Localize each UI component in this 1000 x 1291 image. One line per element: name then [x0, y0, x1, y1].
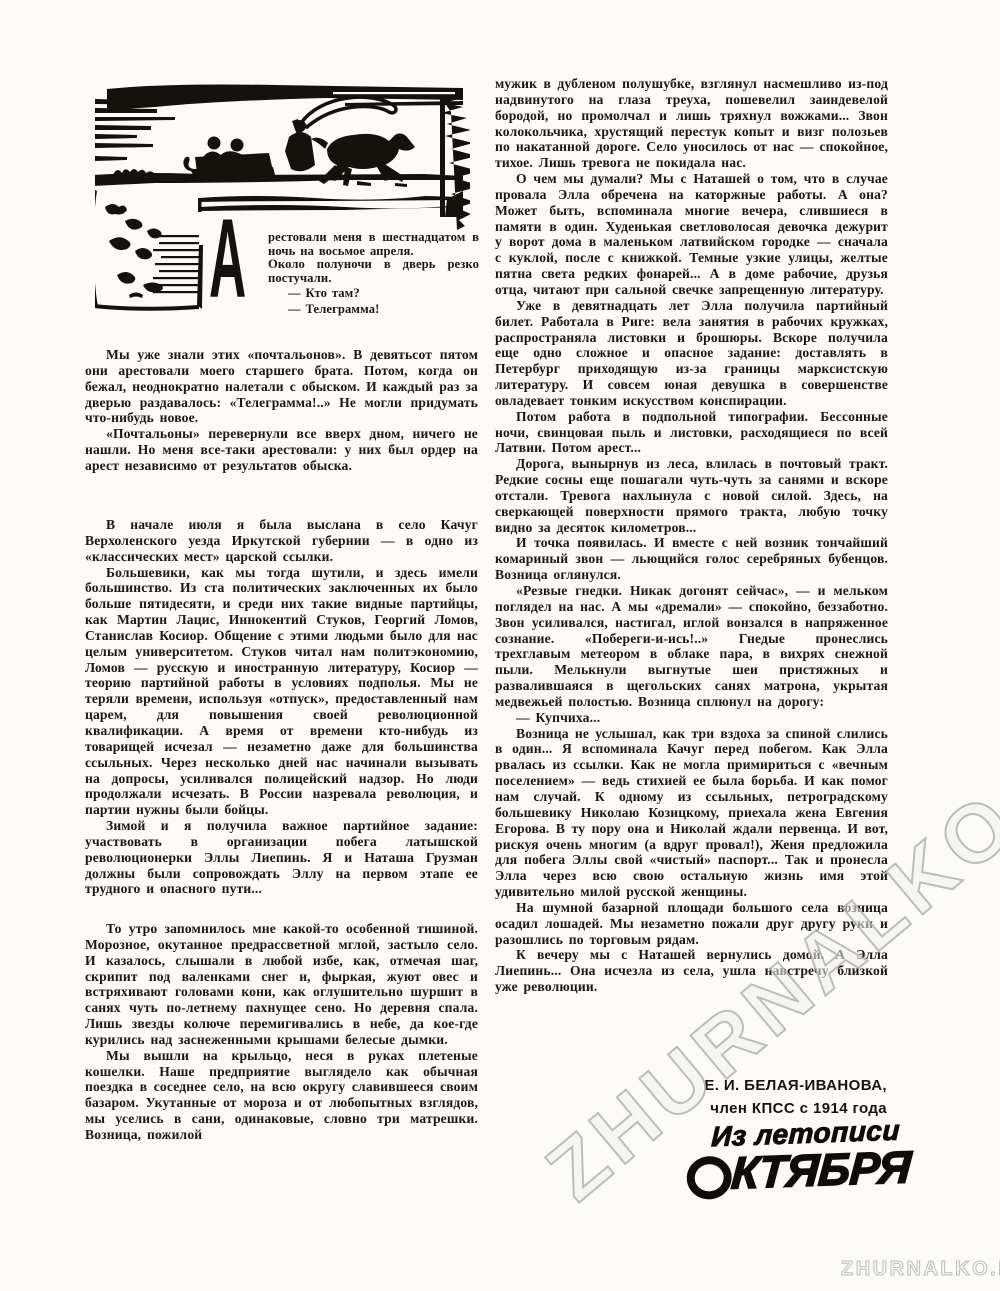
rubric-logo-word: КТЯБРЯ [730, 1144, 912, 1195]
paragraph: Большевики, как мы тогда шутили, и здесь… [85, 565, 478, 819]
dialogue-who-is-there: — Кто там? [268, 285, 479, 301]
paragraph: «Почтальоны» перевернули все вверх дном,… [85, 426, 478, 474]
opening-line-1: рестовали меня в шестна­дцатом в ночь на… [268, 231, 479, 258]
dialogue-telegram: — Телеграмма! [268, 301, 479, 317]
dialogue-kupchikha: — Купчиха... [495, 710, 888, 726]
paragraph: мужик в дубленом полушубке, взглянул нас… [495, 76, 888, 171]
corner-watermark: ZHURNALKO.NET [841, 1258, 1000, 1281]
paragraph: Дорога, вынырнув из леса, влилась в почт… [495, 456, 888, 535]
paragraph: В начале июля я была выслана в село Качу… [85, 517, 478, 565]
paragraph: К вечеру мы с Наташей вернулись домой. А… [495, 947, 888, 995]
paragraph: Зимой и я получила важное партийное зада… [85, 818, 478, 897]
logo-o-ring: О [684, 1153, 735, 1202]
magazine-page-scan: А рестовали меня в шестна­дцатом в ночь … [0, 0, 1000, 1291]
paragraph: На шумной базарной площади большого села… [495, 900, 888, 948]
left-column-block-3: То утро запомнилось мне какой-то особенн… [85, 921, 478, 1143]
paragraph: И точка появилась. И вместе с ней возник… [495, 535, 888, 583]
author-signature: Е. И. БЕЛАЯ-ИВАНОВА, член КПСС с 1914 го… [495, 1074, 887, 1120]
paragraph: Потом работа в подпольной типографии. Бе… [495, 409, 888, 457]
left-column-block-2: В начале июля я была выслана в село Качу… [85, 517, 478, 897]
opening-paragraph: рестовали меня в шестна­дцатом в ночь на… [268, 231, 479, 317]
paragraph: «Резвые гнедки. Никак догонят сейчас», —… [495, 583, 888, 710]
rubric-logo: Из летописи ОКТЯБРЯ [685, 1114, 922, 1197]
paragraph: О чем мы думали? Мы с Наташей о том, что… [495, 171, 888, 298]
paragraph: То утро запомнилось мне какой-то особенн… [85, 921, 478, 1048]
author-name: Е. И. БЕЛАЯ-ИВАНОВА, [495, 1074, 887, 1097]
drop-cap-letter: А [209, 213, 246, 305]
paragraph: Уже в девятнадцать лет Элла получила пар… [495, 298, 888, 409]
right-column: мужик в дубленом полушубке, взглянул нас… [495, 76, 888, 995]
left-column-block-1: Мы уже знали этих «почтальонов». В девят… [85, 347, 478, 474]
paragraph: Мы уже знали этих «почтальонов». В девят… [85, 347, 478, 426]
paragraph: Возница не услышал, как три вздоха за сп… [495, 726, 888, 900]
opening-line-2: Около полуночи в дверь резко постучали. [268, 258, 479, 285]
paragraph: Мы вышли на крыльцо, неся в руках плетен… [85, 1048, 478, 1143]
